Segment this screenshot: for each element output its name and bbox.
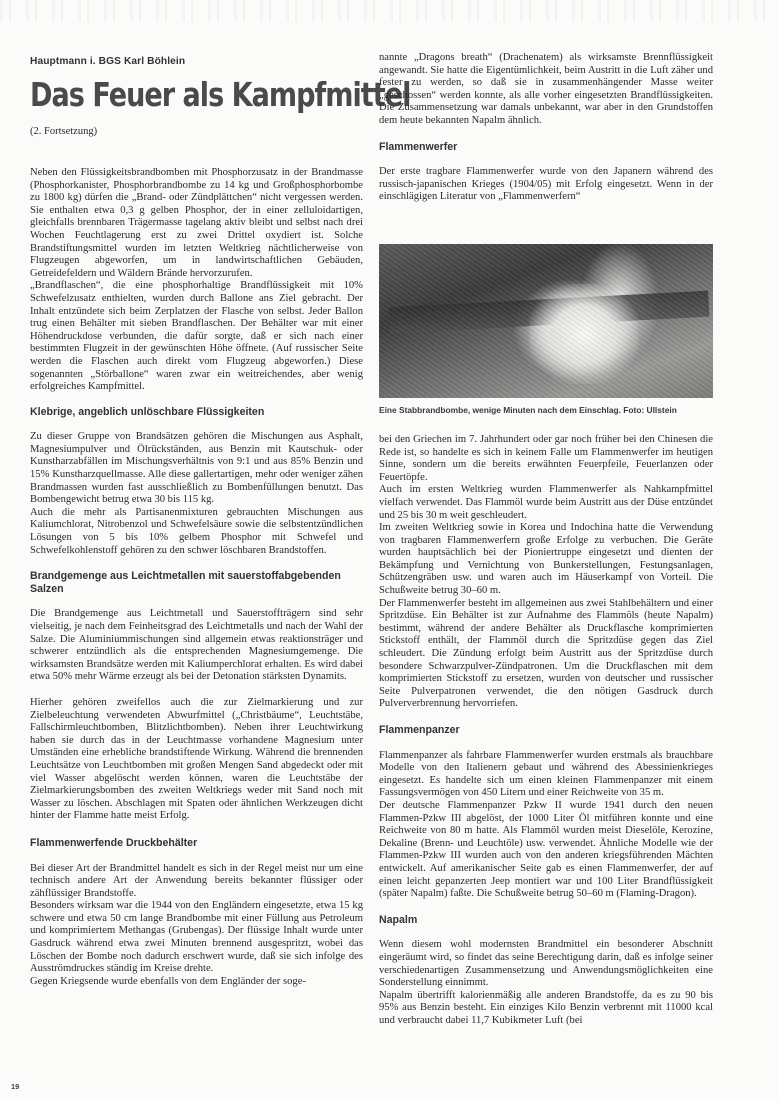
page-number: 19 <box>11 1082 19 1091</box>
paragraph: Wenn diesem wohl modernsten Brandmittel … <box>379 939 713 989</box>
paragraph: Auch im ersten Weltkrieg wurden Flammenw… <box>379 484 713 522</box>
paragraph: Der deutsche Flammenpanzer Pzkw II wurde… <box>379 800 713 901</box>
section-heading: Klebrige, angeblich unlöschbare Flüssigk… <box>30 406 363 419</box>
paragraph-gap <box>30 684 363 697</box>
paragraph: Der erste tragbare Flammenwerfer wurde v… <box>379 166 713 204</box>
section-heading: Flammenpanzer <box>379 724 713 737</box>
paragraph: „Brandflaschen“, die eine phosphorhaltig… <box>30 280 363 393</box>
right-column: nannte „Dragons breath“ (Drachenatem) al… <box>379 52 713 1027</box>
scan-edge-noise <box>0 0 778 22</box>
paragraph: Besonders wirksam war die 1944 von den E… <box>30 900 363 976</box>
article-title: Das Feuer als Kampfmittel <box>30 76 374 114</box>
paragraph: Flammenpanzer als fahrbare Flammenwerfer… <box>379 750 713 800</box>
photo-grain <box>379 244 713 398</box>
paragraph: bei den Griechen im 7. Jahrhundert oder … <box>379 434 713 484</box>
paragraph: Napalm übertrifft kalorienmäßig alle and… <box>379 990 713 1028</box>
paragraph: Gegen Kriegsende wurde ebenfalls von dem… <box>30 976 363 989</box>
photo-caption: Eine Stabbrandbombe, wenige Minuten nach… <box>379 405 713 415</box>
paragraph: Der Flammenwerfer besteht im allgemeinen… <box>379 598 713 711</box>
paragraph: Bei dieser Art der Brandmittel handelt e… <box>30 863 363 901</box>
section-heading: Flammenwerfende Druckbehälter <box>30 837 363 850</box>
paragraph: Zu dieser Gruppe von Brandsätzen gehören… <box>30 431 363 507</box>
paragraph: Die Brandgemenge aus Leichtmetall und Sa… <box>30 608 363 684</box>
left-column: Hauptmann i. BGS Karl Böhlein Das Feuer … <box>30 56 363 988</box>
incendiary-bomb-photo <box>379 244 713 398</box>
paragraph: nannte „Dragons breath“ (Drachenatem) al… <box>379 52 713 128</box>
article-subtitle: (2. Fortsetzung) <box>30 126 363 137</box>
section-heading: Brandgemenge aus Leichtmetallen mit saue… <box>30 570 363 595</box>
section-heading: Flammenwerfer <box>379 141 713 154</box>
paragraph: Neben den Flüssigkeitsbrandbomben mit Ph… <box>30 167 363 280</box>
paragraph: Auch die mehr als Partisanenmixturen geb… <box>30 507 363 557</box>
paragraph: Im zweiten Weltkrieg sowie in Korea und … <box>379 522 713 598</box>
author-line: Hauptmann i. BGS Karl Böhlein <box>30 56 363 67</box>
section-heading: Napalm <box>379 914 713 927</box>
paragraph: Hierher gehören zweifellos auch die zur … <box>30 697 363 823</box>
